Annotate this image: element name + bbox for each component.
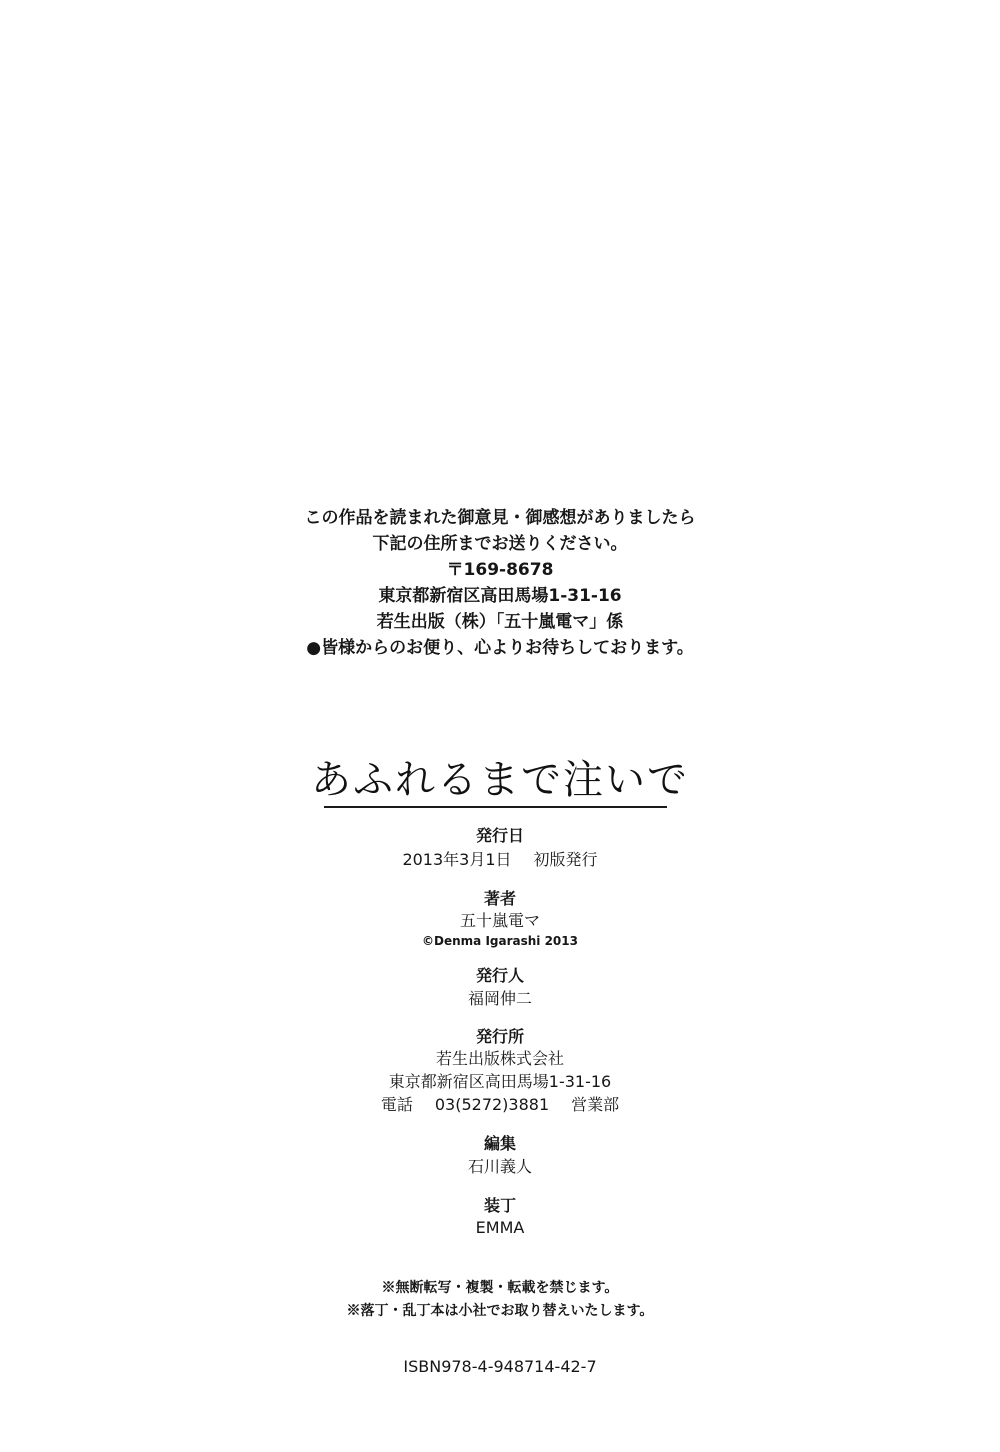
editor-label: 編集 xyxy=(0,1133,1000,1155)
publisher-person-label: 発行人 xyxy=(0,965,1000,987)
phone-number: 03(5272)3881 xyxy=(435,1095,549,1114)
colophon-page: この作品を読まれた御意見・御感想がありましたら 下記の住所までお送りください。 … xyxy=(0,0,1000,1452)
design-label: 装丁 xyxy=(0,1195,1000,1217)
legal-no-reproduction: ※無断転写・複製・転載を禁じます。 xyxy=(0,1276,1000,1300)
design-credit: EMMA xyxy=(0,1217,1000,1239)
publisher-company: 若生出版株式会社 xyxy=(0,1048,1000,1070)
publisher-phone-line: 電話03(5272)3881営業部 xyxy=(0,1094,1000,1116)
notice-postal-code: 〒169-8678 xyxy=(0,557,1000,583)
notice-line-send: 下記の住所までお送りください。 xyxy=(0,531,1000,557)
publish-date-label: 発行日 xyxy=(0,825,1000,847)
publish-date: 2013年3月1日 xyxy=(402,850,511,869)
publisher-label: 発行所 xyxy=(0,1026,1000,1048)
notice-recipient: 若生出版（株）「五十嵐電マ」係 xyxy=(0,609,1000,635)
notice-line-feedback: この作品を読まれた御意見・御感想がありましたら xyxy=(0,505,1000,531)
publisher-person-name: 福岡伸二 xyxy=(0,988,1000,1010)
sales-department: 営業部 xyxy=(571,1095,619,1114)
author-name: 五十嵐電マ xyxy=(0,910,1000,932)
notice-address: 東京都新宿区高田馬場1-31-16 xyxy=(0,583,1000,609)
reader-notice: この作品を読まれた御意見・御感想がありましたら 下記の住所までお送りください。 … xyxy=(0,505,1000,661)
editor-name: 石川義人 xyxy=(0,1156,1000,1178)
phone-label: 電話 xyxy=(381,1095,413,1114)
edition-note: 初版発行 xyxy=(534,850,598,869)
legal-replacement: ※落丁・乱丁本は小社でお取り替えいたします。 xyxy=(0,1299,1000,1323)
book-title: あふれるまで注いで xyxy=(0,757,1000,803)
isbn: ISBN978-4-948714-42-7 xyxy=(0,1356,1000,1378)
copyright-notice: ©Denma Igarashi 2013 xyxy=(0,933,1000,949)
title-underline xyxy=(324,806,667,808)
publish-date-value: 2013年3月1日初版発行 xyxy=(0,849,1000,871)
notice-closing: ●皆様からのお便り、心よりお待ちしております。 xyxy=(0,635,1000,661)
publisher-address: 東京都新宿区高田馬場1-31-16 xyxy=(0,1071,1000,1093)
author-label: 著者 xyxy=(0,888,1000,910)
